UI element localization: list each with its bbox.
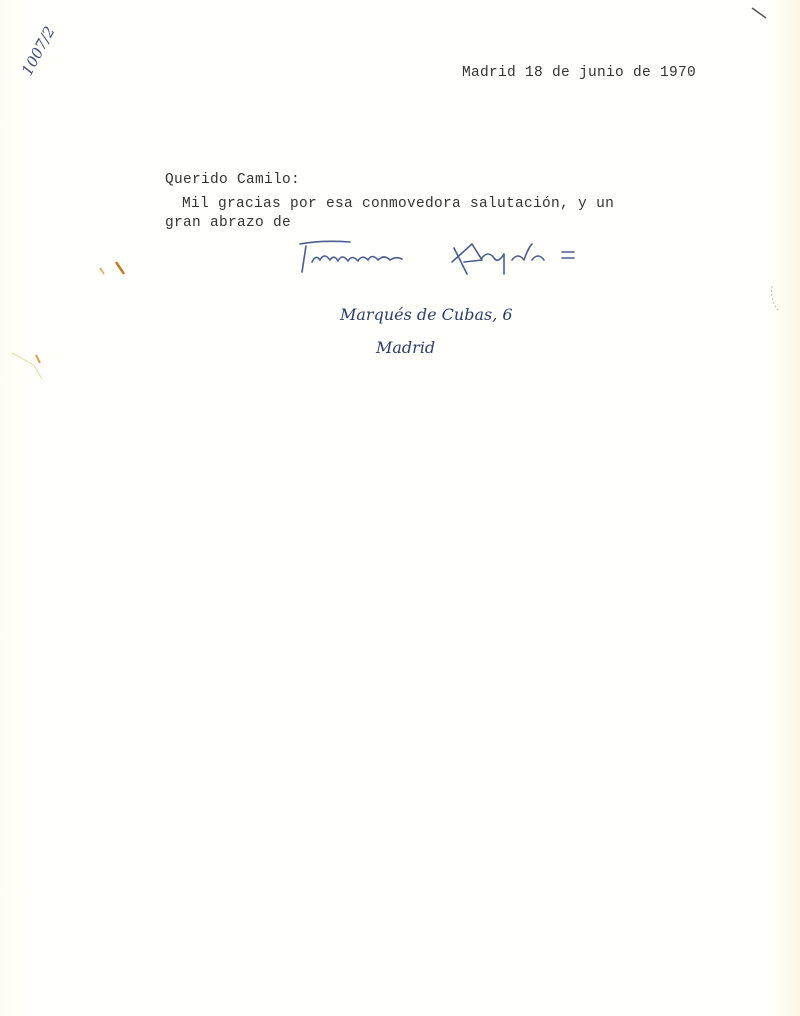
archive-mark: 1007/2	[18, 23, 59, 78]
corner-mark	[750, 2, 790, 42]
date-line: Madrid 18 de junio de 1970	[462, 65, 696, 81]
paper-stain	[96, 258, 136, 288]
handwritten-address-line-1: Marqués de Cubas, 6	[340, 305, 513, 324]
letter-page: 1007/2 Madrid 18 de junio de 1970 Querid…	[0, 0, 800, 1016]
body-line-2: gran abrazo de	[165, 215, 291, 231]
paper-crease	[8, 345, 48, 395]
salutation: Querido Camilo:	[165, 172, 300, 188]
signature: Francisco Ayala	[292, 234, 592, 284]
body-line-1: Mil gracias por esa conmovedora salutaci…	[182, 196, 614, 212]
edge-mark	[766, 280, 786, 320]
handwritten-address-line-2: Madrid	[376, 338, 435, 357]
